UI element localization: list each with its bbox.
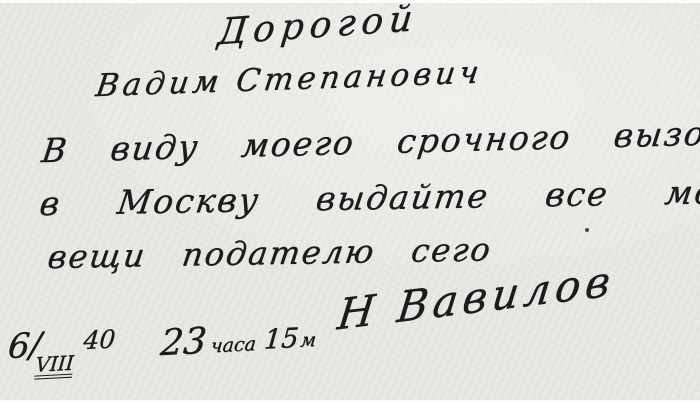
body-line-3: вещи подателю сего bbox=[45, 230, 494, 276]
addressee-line: Вадим Степанович bbox=[93, 54, 485, 104]
date-minutes: 15 bbox=[263, 325, 300, 354]
salutation-line: Дорогой bbox=[216, 0, 421, 53]
scanned-handwritten-note: Дорогой Вадим Степанович В виду моего ср… bbox=[0, 0, 700, 402]
date-line: 6/ VIII 40 23 часа 15 м bbox=[6, 314, 318, 366]
date-month-roman: VIII bbox=[34, 353, 74, 380]
date-hours: 23 bbox=[159, 324, 208, 363]
date-hours-label: часа bbox=[210, 335, 257, 356]
date-year: 40 bbox=[82, 326, 116, 353]
ink-dot bbox=[585, 228, 589, 232]
date-minutes-label: м bbox=[299, 331, 316, 351]
body-line-1: В виду моего срочного вызова bbox=[39, 112, 700, 170]
body-line-2: в Москву выдайте все мои bbox=[37, 172, 700, 223]
